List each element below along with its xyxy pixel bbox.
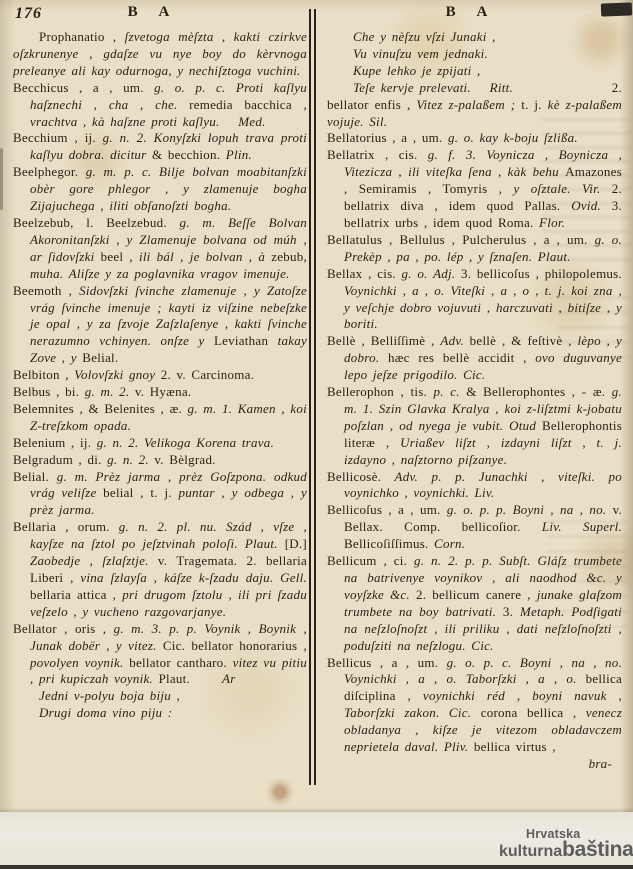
entry-text-segment: Flor.: [539, 215, 565, 230]
dictionary-entry: Beelzebub, l. Beelzebud. g. m. Beſſe Bol…: [13, 215, 307, 283]
entry-text-segment: v. Hyæna.: [135, 384, 192, 399]
entry-text-segment: Bellicoſiſſimus.: [344, 536, 434, 551]
entry-text-segment: Drugi doma vino piju :: [39, 705, 172, 720]
entry-text-segment: Leviathan: [214, 333, 278, 348]
entry-text-segment: zebub,: [271, 249, 307, 264]
entry-text-segment: 3. bellicoſus , philopolemus.: [461, 266, 622, 281]
entry-text-segment: Volovſzki gnoy: [74, 367, 160, 382]
entry-text-segment: Corn.: [434, 536, 465, 551]
dictionary-entry: Jedni v-polyu boja biju ,: [13, 688, 307, 705]
entry-text-segment: Plin.: [226, 147, 252, 162]
column-divider-rule: [309, 9, 316, 785]
entry-text-segment: g. o. p. p. Boyni , na , no.: [447, 502, 613, 517]
entry-text-segment: Bellatulus , Bellulus , Pulcherulus , a …: [327, 232, 595, 247]
dictionary-entry: Belbus , bi. g. m. 2. v. Hyæna.: [13, 384, 307, 401]
entry-text-segment: Bellicus , a , um.: [327, 655, 447, 670]
entry-text-segment: Bellicum , ci.: [327, 553, 414, 568]
entry-text-segment: Belgradum , di.: [13, 452, 107, 467]
dictionary-entry: Kupe lehko je zpijati ,: [327, 63, 622, 80]
dictionary-entry: Bellicosè. Adv. p. p. Junachki , viteſki…: [327, 469, 622, 503]
entry-text-segment: Bellatorius , a , um.: [327, 130, 448, 145]
entry-text-segment: t. j.: [521, 97, 547, 112]
entry-text-segment: corona bellica ,: [481, 705, 586, 720]
scan-corner-mark: [601, 2, 632, 16]
entry-text-segment: g. m. 2.: [85, 384, 135, 399]
entry-text-segment: 3.: [503, 604, 520, 619]
entry-text-segment: Kupe lehko je zpijati ,: [353, 63, 480, 78]
scan-bottom-edge: [0, 865, 633, 869]
entry-text-segment: remedia bacchica ,: [189, 97, 307, 112]
entry-text-segment: Bellerophon , tis.: [327, 384, 434, 399]
entry-text-segment: g. n. 2. Velikoga Korena trava.: [97, 435, 274, 450]
archive-watermark: Hrvatska kulturnabaština: [499, 828, 629, 861]
dictionary-entry: Belial. g. m. Prèz jarma , prèz Goſzpona…: [13, 469, 307, 520]
dictionary-entry: Bellatrix , cis. g. f. 3. Voynicza , Boy…: [327, 147, 622, 232]
entry-text-segment: Bellatrix , cis.: [327, 147, 428, 162]
dictionary-entry: Bellè , Belliſſimè , Adv. bellè , & feſt…: [327, 333, 622, 384]
dictionary-entry: Che y nèſzu vſzi Junaki ,: [327, 29, 622, 46]
running-header-left: B A: [0, 4, 306, 21]
running-header-right: B A: [322, 4, 620, 21]
dictionary-entry: bra-: [327, 756, 622, 773]
dictionary-entry: Becchium , ij. g. n. 2. Konyſzki lopuh t…: [13, 130, 307, 164]
entry-text-segment: bra-: [589, 756, 612, 771]
dictionary-entry: Belemnites , & Belenites , æ. g. m. 1. K…: [13, 401, 307, 435]
entry-text-segment: Belenium , ij.: [13, 435, 97, 450]
entry-text-segment: Liv. Superl.: [542, 519, 622, 534]
dictionary-entry: Belenium , ij. g. n. 2. Velikoga Korena …: [13, 435, 307, 452]
entry-text-segment: povolyen voynik.: [30, 655, 129, 670]
entry-text-segment: Bellè , Belliſſimè ,: [327, 333, 440, 348]
entry-text-segment: ili bál , je bolvan , à: [139, 249, 271, 264]
entry-text-segment: Belbiton ,: [13, 367, 74, 382]
dictionary-entry: Bellax , cis. g. o. Adj. 3. bellicoſus ,…: [327, 266, 622, 334]
entry-text-segment: Cic. bellator honorarius ,: [163, 638, 307, 653]
entry-text-segment: bellator cantharo.: [129, 655, 232, 670]
dictionary-entry: Bellatulus , Bellulus , Pulcherulus , a …: [327, 232, 622, 266]
dictionary-entry: Bellicus , a , um. g. o. p. c. Boyni , n…: [327, 655, 622, 756]
entry-text-segment: 2.: [612, 80, 622, 97]
entry-text-segment: hæc res bellè accidit ,: [388, 350, 535, 365]
entry-text-segment: p. c.: [434, 384, 467, 399]
entry-text-segment: g. o. kay k-boju ſzlißa.: [448, 130, 578, 145]
right-column: Che y nèſzu vſzi Junaki ,Vu vinuſzu vem …: [327, 29, 622, 813]
entry-text-segment: Belemnites , & Belenites , æ.: [13, 401, 188, 416]
entry-text-segment: Belbus , bi.: [13, 384, 85, 399]
dictionary-entry: Bellicoſus , a , um. g. o. p. p. Boyni ,…: [327, 502, 622, 553]
entry-text-segment: Beelphegor.: [13, 164, 86, 179]
entry-text-segment: bellica virtus ,: [474, 739, 556, 754]
entry-text-segment: Plaut.: [159, 671, 222, 686]
entry-text-segment: 2. v. Carcinoma.: [161, 367, 254, 382]
entry-text-segment: g. o. Adj.: [402, 266, 461, 281]
entry-text-segment: Beelzebub, l. Beelzebud.: [13, 215, 179, 230]
scanned-dictionary-page: 176 B A B A Prophanatio , ſzvetoga mèſzt…: [0, 0, 633, 869]
dictionary-entry: Beemoth , Sidovſzki ſvinche zlamenuje , …: [13, 283, 307, 368]
entry-text-segment: muha. Aliſze y za poglavnika vragov imen…: [30, 266, 290, 281]
entry-text-segment: g. n. 2.: [107, 452, 154, 467]
entry-text-segment: Bellicosè.: [327, 469, 395, 484]
entry-text-segment: Adv.: [440, 333, 469, 348]
dictionary-entry: Vu vinuſzu vem jednaki.: [327, 46, 622, 63]
entry-text-segment: Bellator , oris ,: [13, 621, 114, 636]
entry-text-segment: Voynichki , a , o. Viteſki , a , o , t. …: [344, 283, 622, 332]
dictionary-entry: bellator enfis , Vitez z-palaßem ; t. j.…: [327, 97, 622, 131]
dictionary-entry: Bellatorius , a , um. g. o. kay k-boju ſ…: [327, 130, 622, 147]
watermark-line2: kulturnabaština: [499, 839, 629, 860]
entry-text-segment: Bellax , cis.: [327, 266, 402, 281]
entry-text-segment: Belial.: [82, 350, 118, 365]
entry-text-segment: Becchicus , a , um.: [13, 80, 154, 95]
entry-text-segment: Bellaria , orum.: [13, 519, 119, 534]
entry-text-segment: Becchium , ij.: [13, 130, 103, 145]
dictionary-entry: Belgradum , di. g. n. 2. v. Bèlgrad.: [13, 452, 307, 469]
entry-text-segment: Belial.: [13, 469, 57, 484]
entry-text-segment: Beemoth ,: [13, 283, 79, 298]
entry-text-segment: beel ,: [101, 249, 139, 264]
entry-text-segment: Che y nèſzu vſzi Junaki ,: [353, 29, 496, 44]
entry-text-segment: [D.]: [285, 536, 307, 551]
entry-text-segment: Vitez z-palaßem ;: [416, 97, 521, 112]
left-column: Prophanatio , ſzvetoga mèſzta , kakti cz…: [13, 29, 307, 813]
entry-text-segment: & becchion.: [152, 147, 226, 162]
dictionary-entry: Bellerophon , tis. p. c. & Bellerophonte…: [327, 384, 622, 469]
dictionary-entry: Belbiton , Volovſzki gnoy 2. v. Carcinom…: [13, 367, 307, 384]
entry-text-segment: belial , t. j.: [103, 485, 178, 500]
dictionary-entry: Becchicus , a , um. g. o. p. c. Proti ka…: [13, 80, 307, 131]
entry-text-segment: & Bellerophontes , - æ.: [466, 384, 612, 399]
dictionary-entry: Bellator , oris , g. m. 3. p. p. Voynik …: [13, 621, 307, 689]
entry-text-segment: Bellicoſus , a , um.: [327, 502, 447, 517]
dictionary-entry: Bellaria , orum. g. n. 2. pl. nu. Szád ,…: [13, 519, 307, 620]
entry-text-segment: Ovid.: [571, 198, 612, 213]
entry-text-segment: 2. bellicum canere ,: [416, 587, 537, 602]
page-edge-mark: [0, 148, 3, 210]
dictionary-entry: Bellicum , ci. g. n. 2. p. p. Subſt. Glá…: [327, 553, 622, 654]
entry-text-segment: Teſe kervje prelevati. Ritt.: [353, 80, 513, 95]
entry-text-segment: bellè , & feſtivè ,: [470, 333, 578, 348]
entry-text-segment: Jedni v-polyu boja biju ,: [39, 688, 180, 703]
dictionary-entry: Beelphegor. g. m. p. c. Bilje bolvan moa…: [13, 164, 307, 215]
entry-text-segment: vrachtva , kà haſzne proti kaſlyu. Med.: [30, 114, 266, 129]
entry-text-segment: Vu vinuſzu vem jednaki.: [353, 46, 488, 61]
dictionary-entry: Drugi doma vino piju :: [13, 705, 307, 722]
entry-text-segment: bellaria attica ,: [30, 587, 122, 602]
entry-text-segment: vina ſzlayſa , káſze k-ſzadu daju. Gell.: [80, 570, 307, 585]
entry-text-segment: bellator enfis ,: [327, 97, 416, 112]
watermark-word-regular: kulturna: [499, 843, 562, 860]
watermark-word-bold: baština: [562, 838, 633, 861]
dictionary-entry: Prophanatio , ſzvetoga mèſzta , kakti cz…: [13, 29, 307, 80]
entry-text-segment: v. Bèlgrad.: [154, 452, 215, 467]
entry-text-segment: Ar: [222, 671, 236, 686]
entry-text-segment: Zaobedje , ſzlaſztje.: [30, 553, 158, 568]
entry-text-segment: Prophanatio ,: [39, 29, 125, 44]
dictionary-entry: 2.Teſe kervje prelevati. Ritt.: [327, 80, 622, 97]
entry-text-segment: y oſztale. Vir.: [513, 181, 611, 196]
